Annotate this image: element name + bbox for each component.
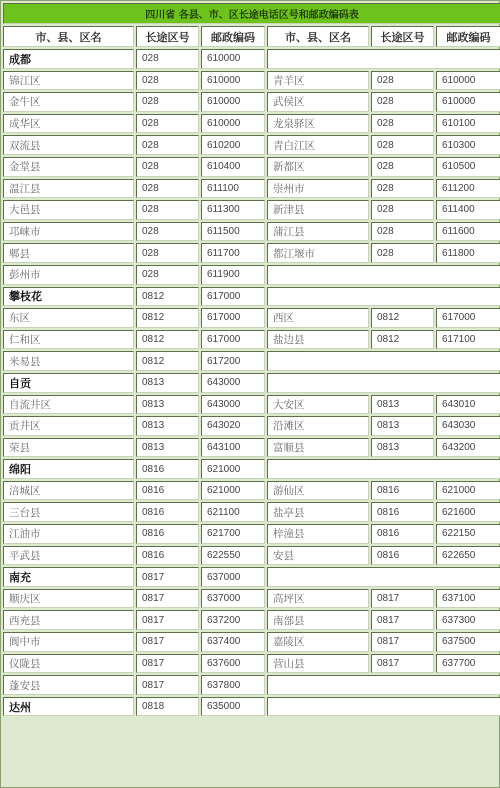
header-row: 市、县、区名 长途区号 邮政编码 市、县、区名 长途区号 邮政编码 — [3, 26, 500, 47]
city-row: 成都028610000 — [3, 49, 500, 69]
postal-code: 611100 — [201, 179, 265, 199]
table-row: 江油市0816621700梓潼县0816622150 — [3, 524, 500, 544]
postal-code: 622550 — [201, 546, 265, 566]
district-name: 龙泉驿区 — [267, 114, 369, 134]
postal-code: 617000 — [201, 330, 265, 350]
city-name: 南充 — [3, 567, 134, 587]
empty-cell — [267, 265, 500, 285]
postal-code: 610000 — [436, 92, 500, 112]
postal-code: 617100 — [436, 330, 500, 350]
header-code-right: 长途区号 — [371, 26, 434, 47]
district-name: 青羊区 — [267, 71, 369, 91]
postal-code: 610000 — [201, 114, 265, 134]
area-code: 0817 — [136, 654, 199, 674]
district-name: 金牛区 — [3, 92, 134, 112]
postal-code: 637500 — [436, 632, 500, 652]
empty-cell — [267, 567, 500, 587]
table-title: 四川省 各县、市、区长途电话区号和邮政编码表 — [3, 3, 500, 24]
city-name: 成都 — [3, 49, 134, 69]
header-code-left: 长途区号 — [136, 26, 199, 47]
postal-code: 637600 — [201, 654, 265, 674]
area-code: 0817 — [136, 610, 199, 630]
area-code: 0812 — [371, 330, 434, 350]
postal-code: 621000 — [436, 481, 500, 501]
district-name: 沿滩区 — [267, 416, 369, 436]
area-code: 0812 — [136, 330, 199, 350]
postal-code: 622150 — [436, 524, 500, 544]
area-code: 0818 — [136, 697, 199, 717]
district-name: 阆中市 — [3, 632, 134, 652]
area-code: 028 — [371, 179, 434, 199]
area-code: 0812 — [136, 351, 199, 371]
area-code: 0817 — [136, 632, 199, 652]
header-name-left: 市、县、区名 — [3, 26, 134, 47]
area-code: 0816 — [371, 502, 434, 522]
postal-code: 637000 — [201, 589, 265, 609]
district-name: 盐亭县 — [267, 502, 369, 522]
district-name: 安县 — [267, 546, 369, 566]
postal-code: 617000 — [436, 308, 500, 328]
area-code: 0813 — [136, 395, 199, 415]
postal-code: 635000 — [201, 697, 265, 717]
table-row: 西充县0817637200南部县0817637300 — [3, 610, 500, 630]
area-code: 0816 — [371, 524, 434, 544]
postal-code: 611800 — [436, 243, 500, 263]
page-container: 四川省 各县、市、区长途电话区号和邮政编码表 市、县、区名 长途区号 邮政编码 … — [0, 0, 500, 788]
table-row: 双流县028610200青白江区028610300 — [3, 135, 500, 155]
postal-code: 643100 — [201, 438, 265, 458]
area-code: 028 — [371, 92, 434, 112]
district-name: 梓潼县 — [267, 524, 369, 544]
area-code: 028 — [136, 179, 199, 199]
area-code: 028 — [371, 157, 434, 177]
district-name: 嘉陵区 — [267, 632, 369, 652]
area-code: 028 — [371, 135, 434, 155]
area-code: 0817 — [136, 567, 199, 587]
district-name: 西区 — [267, 308, 369, 328]
header-zip-right: 邮政编码 — [436, 26, 500, 47]
district-name: 盐边县 — [267, 330, 369, 350]
city-row: 达州0818635000 — [3, 697, 500, 717]
empty-cell — [267, 697, 500, 717]
city-row: 南充0817637000 — [3, 567, 500, 587]
area-code: 028 — [371, 222, 434, 242]
postal-code: 610000 — [436, 71, 500, 91]
title-row: 四川省 各县、市、区长途电话区号和邮政编码表 — [3, 3, 500, 24]
postal-code: 611600 — [436, 222, 500, 242]
district-name: 金堂县 — [3, 157, 134, 177]
table-row: 米易县0812617200 — [3, 351, 500, 371]
postal-code: 610400 — [201, 157, 265, 177]
district-name: 郫县 — [3, 243, 134, 263]
postal-code: 621700 — [201, 524, 265, 544]
table-row: 金堂县028610400新都区028610500 — [3, 157, 500, 177]
postal-code: 637800 — [201, 675, 265, 695]
postal-code: 610000 — [201, 71, 265, 91]
district-name: 蓬安县 — [3, 675, 134, 695]
area-code: 028 — [136, 157, 199, 177]
district-name: 青白江区 — [267, 135, 369, 155]
postal-code: 610000 — [201, 49, 265, 69]
area-code: 0813 — [136, 416, 199, 436]
table-row: 东区0812617000西区0812617000 — [3, 308, 500, 328]
postal-code: 611700 — [201, 243, 265, 263]
postal-code: 621100 — [201, 502, 265, 522]
postal-code: 637200 — [201, 610, 265, 630]
table-row: 彭州市028611900 — [3, 265, 500, 285]
postal-code: 611500 — [201, 222, 265, 242]
postal-code: 643020 — [201, 416, 265, 436]
postal-code: 610500 — [436, 157, 500, 177]
city-name: 达州 — [3, 697, 134, 717]
area-code: 0812 — [371, 308, 434, 328]
postal-code: 611400 — [436, 200, 500, 220]
district-name: 东区 — [3, 308, 134, 328]
table-row: 三台县0816621100盐亭县0816621600 — [3, 502, 500, 522]
district-name: 三台县 — [3, 502, 134, 522]
area-code: 028 — [136, 135, 199, 155]
area-code: 028 — [136, 243, 199, 263]
postal-code: 610100 — [436, 114, 500, 134]
area-code: 028 — [136, 49, 199, 69]
table-row: 贡井区0813643020沿滩区0813643030 — [3, 416, 500, 436]
area-code: 0816 — [136, 524, 199, 544]
postal-code: 643000 — [201, 373, 265, 393]
district-name: 崇州市 — [267, 179, 369, 199]
area-code: 0813 — [371, 438, 434, 458]
city-row: 攀枝花0812617000 — [3, 287, 500, 307]
area-code: 028 — [136, 222, 199, 242]
postal-code: 637400 — [201, 632, 265, 652]
postal-code: 637300 — [436, 610, 500, 630]
table-row: 蓬安县0817637800 — [3, 675, 500, 695]
area-code: 028 — [371, 71, 434, 91]
district-name: 武侯区 — [267, 92, 369, 112]
table-row: 成华区028610000龙泉驿区028610100 — [3, 114, 500, 134]
district-name: 富顺县 — [267, 438, 369, 458]
empty-cell — [267, 373, 500, 393]
table-row: 阆中市0817637400嘉陵区0817637500 — [3, 632, 500, 652]
postal-code: 621600 — [436, 502, 500, 522]
district-name: 锦江区 — [3, 71, 134, 91]
header-name-right: 市、县、区名 — [267, 26, 369, 47]
district-name: 自流井区 — [3, 395, 134, 415]
area-code: 0817 — [136, 675, 199, 695]
area-code: 028 — [136, 92, 199, 112]
table-row: 自流井区0813643000大安区0813643010 — [3, 395, 500, 415]
area-code: 028 — [136, 114, 199, 134]
area-code: 0813 — [136, 373, 199, 393]
district-name: 仪陇县 — [3, 654, 134, 674]
district-name: 蒲江县 — [267, 222, 369, 242]
district-name: 彭州市 — [3, 265, 134, 285]
area-code: 028 — [136, 71, 199, 91]
postal-code: 643200 — [436, 438, 500, 458]
empty-cell — [267, 351, 500, 371]
table-row: 仁和区0812617000盐边县0812617100 — [3, 330, 500, 350]
area-code: 0813 — [136, 438, 199, 458]
postal-code: 610000 — [201, 92, 265, 112]
area-code: 0817 — [371, 654, 434, 674]
district-name: 米易县 — [3, 351, 134, 371]
city-name: 自贡 — [3, 373, 134, 393]
area-code: 0817 — [136, 589, 199, 609]
postal-code: 643010 — [436, 395, 500, 415]
district-name: 游仙区 — [267, 481, 369, 501]
area-code: 0816 — [136, 546, 199, 566]
postal-code: 617000 — [201, 308, 265, 328]
table-row: 大邑县028611300新津县028611400 — [3, 200, 500, 220]
area-code: 0813 — [371, 416, 434, 436]
postal-code: 611900 — [201, 265, 265, 285]
table-row: 锦江区028610000青羊区028610000 — [3, 71, 500, 91]
district-name: 荣县 — [3, 438, 134, 458]
district-name: 邛崃市 — [3, 222, 134, 242]
postal-code: 611300 — [201, 200, 265, 220]
district-name: 平武县 — [3, 546, 134, 566]
district-name: 新都区 — [267, 157, 369, 177]
table-row: 平武县0816622550安县0816622650 — [3, 546, 500, 566]
area-code: 0813 — [371, 395, 434, 415]
postal-code: 617200 — [201, 351, 265, 371]
area-code: 0812 — [136, 308, 199, 328]
district-name: 都江堰市 — [267, 243, 369, 263]
area-code: 0817 — [371, 632, 434, 652]
table-row: 邛崃市028611500蒲江县028611600 — [3, 222, 500, 242]
district-name: 温江县 — [3, 179, 134, 199]
table-row: 涪城区0816621000游仙区0816621000 — [3, 481, 500, 501]
district-name: 江油市 — [3, 524, 134, 544]
district-name: 仁和区 — [3, 330, 134, 350]
postal-code: 637700 — [436, 654, 500, 674]
area-code: 028 — [136, 265, 199, 285]
postal-code: 621000 — [201, 459, 265, 479]
empty-cell — [267, 459, 500, 479]
postal-code: 621000 — [201, 481, 265, 501]
city-row: 绵阳0816621000 — [3, 459, 500, 479]
table-row: 温江县028611100崇州市028611200 — [3, 179, 500, 199]
empty-cell — [267, 49, 500, 69]
district-name: 顺庆区 — [3, 589, 134, 609]
district-name: 大邑县 — [3, 200, 134, 220]
area-code: 0816 — [371, 481, 434, 501]
district-name: 双流县 — [3, 135, 134, 155]
postal-code: 611200 — [436, 179, 500, 199]
area-code: 028 — [371, 200, 434, 220]
district-name: 南部县 — [267, 610, 369, 630]
area-code: 028 — [371, 243, 434, 263]
postal-code: 617000 — [201, 287, 265, 307]
table-row: 仪陇县0817637600营山县0817637700 — [3, 654, 500, 674]
area-code: 0812 — [136, 287, 199, 307]
area-code: 028 — [136, 200, 199, 220]
district-name: 大安区 — [267, 395, 369, 415]
table-row: 郫县028611700都江堰市028611800 — [3, 243, 500, 263]
area-code: 0817 — [371, 610, 434, 630]
area-code: 0816 — [136, 459, 199, 479]
table-row: 荣县0813643100富顺县0813643200 — [3, 438, 500, 458]
empty-cell — [267, 675, 500, 695]
area-code: 0816 — [371, 546, 434, 566]
district-name: 贡井区 — [3, 416, 134, 436]
area-code-table: 四川省 各县、市、区长途电话区号和邮政编码表 市、县、区名 长途区号 邮政编码 … — [1, 1, 500, 718]
postal-code: 643030 — [436, 416, 500, 436]
table-body: 成都028610000锦江区028610000青羊区028610000金牛区02… — [3, 49, 500, 716]
table-row: 顺庆区0817637000高坪区0817637100 — [3, 589, 500, 609]
area-code: 0816 — [136, 502, 199, 522]
district-name: 西充县 — [3, 610, 134, 630]
city-name: 绵阳 — [3, 459, 134, 479]
postal-code: 643000 — [201, 395, 265, 415]
district-name: 涪城区 — [3, 481, 134, 501]
area-code: 0817 — [371, 589, 434, 609]
table-row: 金牛区028610000武侯区028610000 — [3, 92, 500, 112]
district-name: 高坪区 — [267, 589, 369, 609]
city-name: 攀枝花 — [3, 287, 134, 307]
area-code: 028 — [371, 114, 434, 134]
postal-code: 622650 — [436, 546, 500, 566]
district-name: 新津县 — [267, 200, 369, 220]
district-name: 成华区 — [3, 114, 134, 134]
city-row: 自贡0813643000 — [3, 373, 500, 393]
empty-cell — [267, 287, 500, 307]
district-name: 营山县 — [267, 654, 369, 674]
postal-code: 637000 — [201, 567, 265, 587]
postal-code: 637100 — [436, 589, 500, 609]
postal-code: 610200 — [201, 135, 265, 155]
area-code: 0816 — [136, 481, 199, 501]
header-zip-left: 邮政编码 — [201, 26, 265, 47]
postal-code: 610300 — [436, 135, 500, 155]
